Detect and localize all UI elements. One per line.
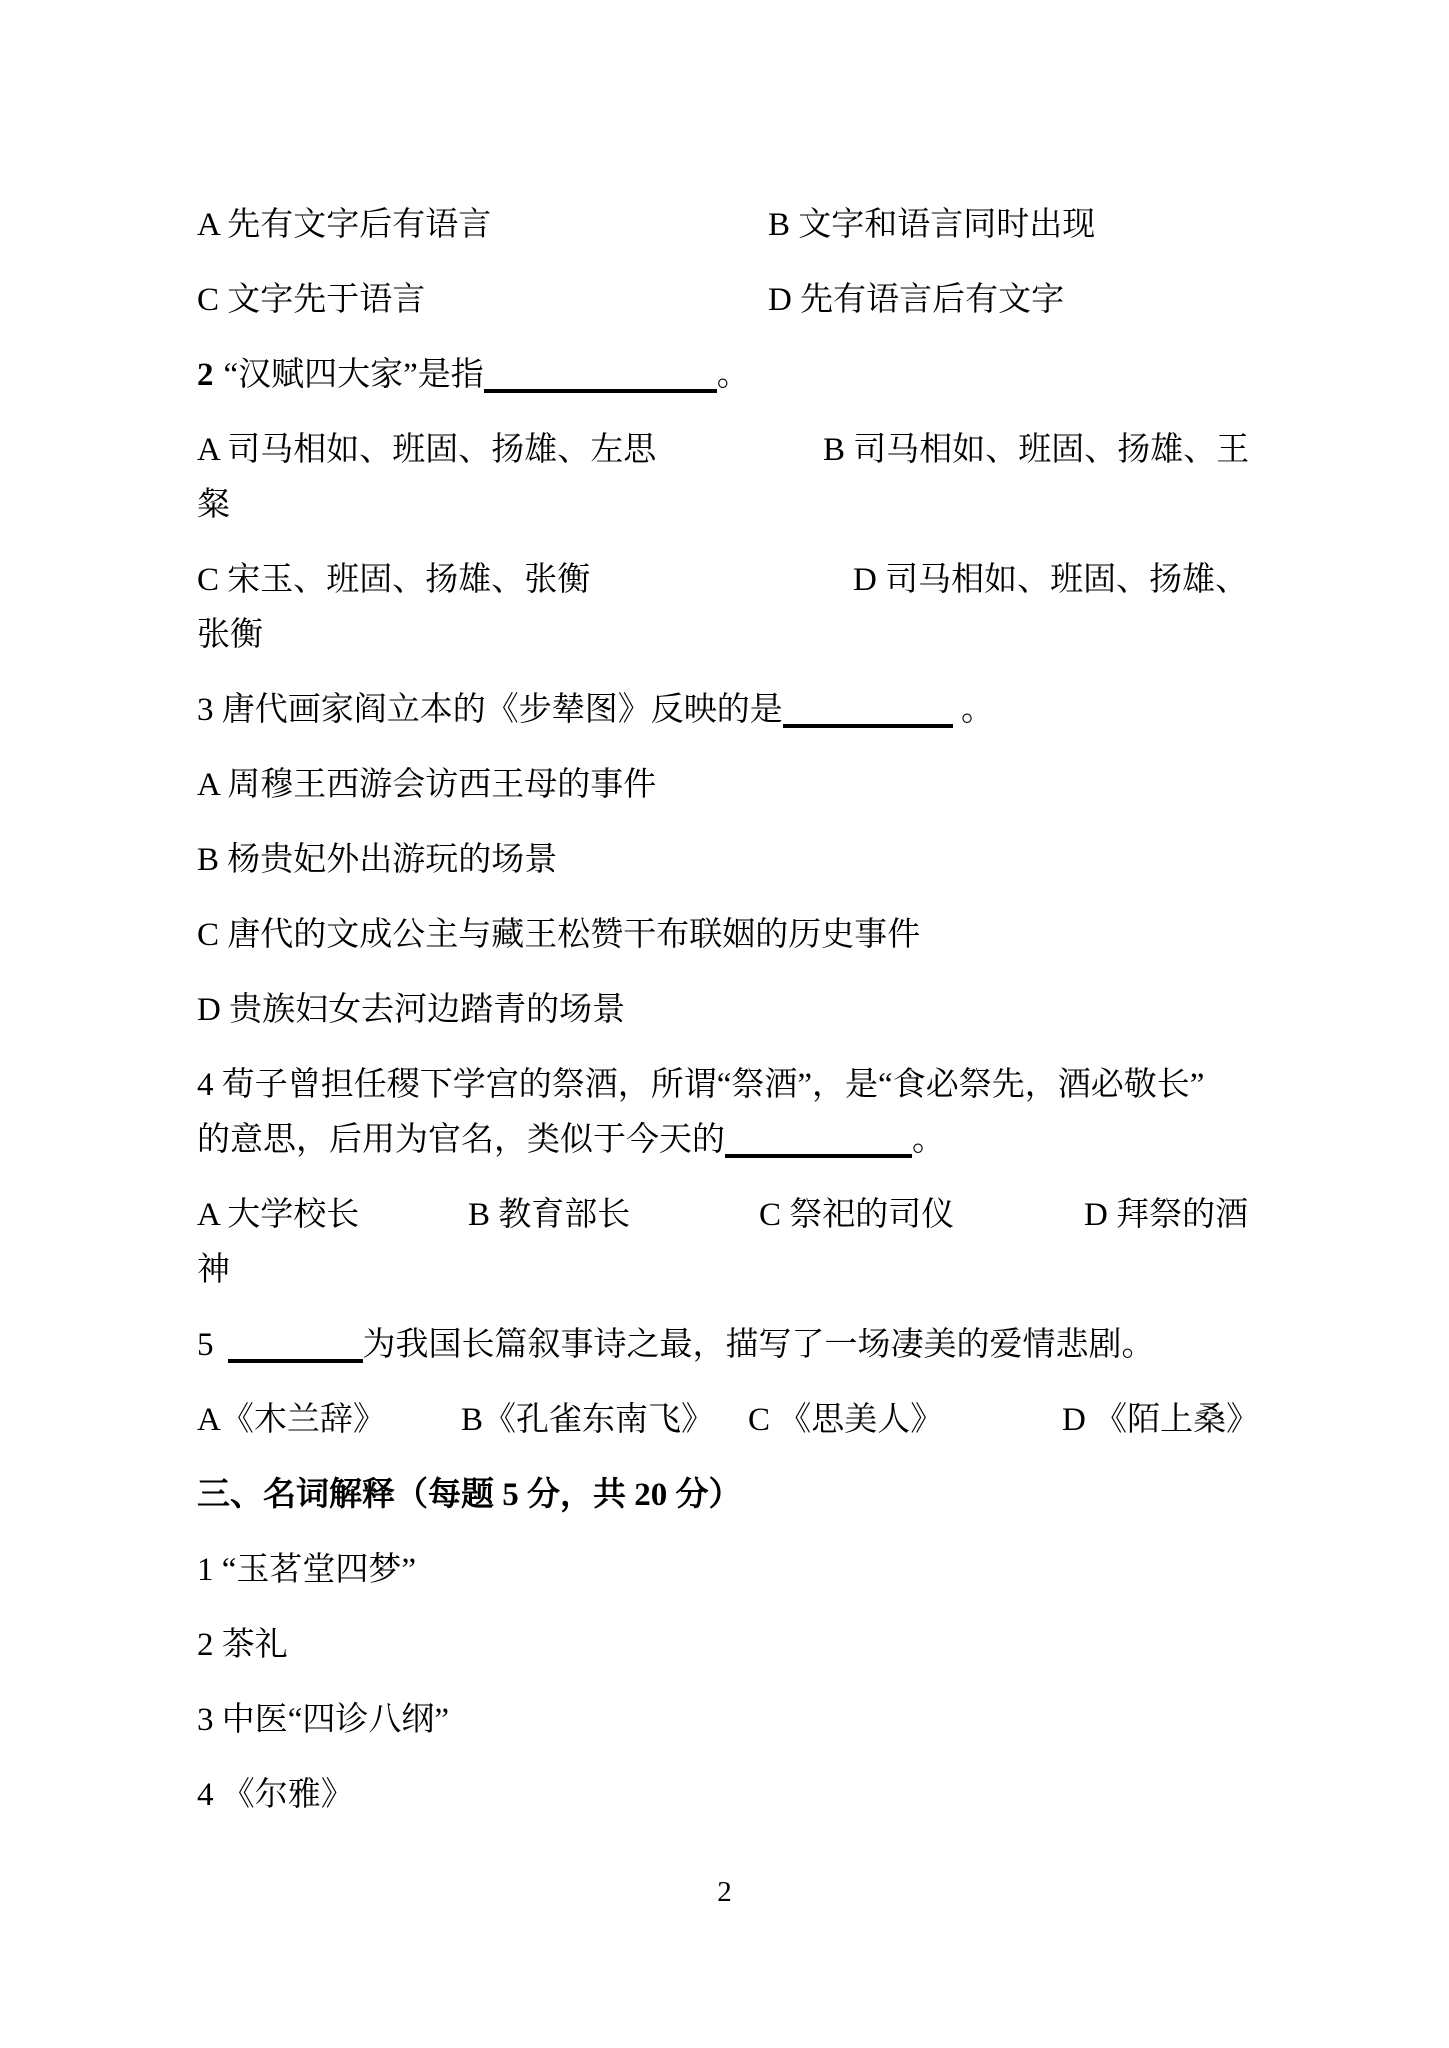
- q3-answer-blank: [783, 723, 953, 728]
- exam-paper-page: A 先有文字后有语言 B 文字和语言同时出现 C 文字先于语言 D 先有语言后有…: [0, 0, 1449, 2048]
- section3-item-3: 3 中医“四诊八纲”: [197, 1693, 1307, 1748]
- q5-answer-blank: [228, 1358, 363, 1363]
- q3-stem-text: 3 唐代画家阎立本的《步辇图》反映的是: [197, 692, 783, 728]
- q5-options-row: A《木兰辞》 B《孔雀东南飞》 C 《思美人》 D 《陌上桑》: [197, 1393, 1307, 1448]
- q4-stem-line2: 的意思，后用为官名，类似于今天的。: [197, 1113, 1307, 1168]
- q1-options-row-ab: A 先有文字后有语言 B 文字和语言同时出现: [197, 198, 1307, 253]
- q4-stem-line2-text: 的意思，后用为官名，类似于今天的: [197, 1122, 725, 1158]
- page-number: 2: [0, 1872, 1449, 1912]
- section3-heading: 三、名词解释（每题 5 分，共 20 分）: [197, 1468, 1307, 1523]
- q4-option-a: A 大学校长: [197, 1188, 359, 1243]
- q2-option-d: D 司马相如、班固、扬雄、: [853, 553, 1248, 608]
- q2-stem-period: 。: [717, 357, 750, 393]
- q3-stem: 3 唐代画家阎立本的《步辇图》反映的是 。: [197, 683, 1307, 738]
- q2-option-c: C 宋玉、班固、扬雄、张衡: [197, 553, 590, 608]
- q4-option-d: D 拜祭的酒: [1084, 1188, 1248, 1243]
- q4-stem-line1-text: 4 荀子曾担任稷下学宫的祭酒，所谓“祭酒”，是“食必祭先，酒必敬长”: [197, 1067, 1204, 1103]
- q2-option-d-wrap: 张衡: [197, 608, 1307, 663]
- q4-stem-line1: 4 荀子曾担任稷下学宫的祭酒，所谓“祭酒”，是“食必祭先，酒必敬长”: [197, 1058, 1307, 1113]
- q1-option-a: A 先有文字后有语言: [197, 198, 491, 253]
- q1-option-c: C 文字先于语言: [197, 273, 425, 328]
- q4-stem-period: 。: [912, 1122, 945, 1158]
- q5-number: 5: [197, 1327, 214, 1363]
- q2-stem-text: “汉赋四大家”是指: [224, 357, 484, 393]
- q2-option-b-wrap: 粲: [197, 478, 1307, 533]
- q4-option-b: B 教育部长: [468, 1188, 630, 1243]
- q5-option-d: D 《陌上桑》: [1062, 1393, 1259, 1448]
- q2-number: 2: [197, 357, 214, 393]
- q2-option-a: A 司马相如、班固、扬雄、左思: [197, 423, 656, 478]
- q1-option-d: D 先有语言后有文字: [768, 273, 1064, 328]
- q2-options-row-cd: C 宋玉、班固、扬雄、张衡 D 司马相如、班固、扬雄、: [197, 553, 1307, 608]
- q2-options-row-ab: A 司马相如、班固、扬雄、左思 B 司马相如、班固、扬雄、王: [197, 423, 1307, 478]
- q4-option-d-continuation: 神: [197, 1252, 230, 1288]
- q3-stem-period: 。: [953, 692, 994, 728]
- section3-item-1: 1 “玉茗堂四梦”: [197, 1543, 1307, 1598]
- q3-option-c: C 唐代的文成公主与藏王松赞干布联姻的历史事件: [197, 908, 1307, 963]
- q2-option-d-continuation: 张衡: [197, 617, 263, 653]
- q5-stem-text: 为我国长篇叙事诗之最，描写了一场凄美的爱情悲剧。: [363, 1327, 1155, 1363]
- q4-option-c: C 祭祀的司仪: [759, 1188, 954, 1243]
- q4-options-row: A 大学校长 B 教育部长 C 祭祀的司仪 D 拜祭的酒: [197, 1188, 1307, 1243]
- page-content: A 先有文字后有语言 B 文字和语言同时出现 C 文字先于语言 D 先有语言后有…: [197, 198, 1307, 1843]
- q5-option-c: C 《思美人》: [748, 1393, 943, 1448]
- q5-option-b: B《孔雀东南飞》: [461, 1393, 714, 1448]
- q2-stem: 2“汉赋四大家”是指。: [197, 348, 1307, 403]
- q3-option-b: B 杨贵妃外出游玩的场景: [197, 833, 1307, 888]
- q4-answer-blank: [725, 1153, 912, 1158]
- q2-option-b-continuation: 粲: [197, 487, 230, 523]
- section3-item-2: 2 茶礼: [197, 1618, 1307, 1673]
- section3-item-4: 4 《尔雅》: [197, 1768, 1307, 1823]
- q3-option-a: A 周穆王西游会访西王母的事件: [197, 758, 1307, 813]
- q1-option-b: B 文字和语言同时出现: [768, 198, 1095, 253]
- q1-options-row-cd: C 文字先于语言 D 先有语言后有文字: [197, 273, 1307, 328]
- q5-stem: 5为我国长篇叙事诗之最，描写了一场凄美的爱情悲剧。: [197, 1318, 1307, 1373]
- q2-option-b: B 司马相如、班固、扬雄、王: [823, 423, 1249, 478]
- q5-option-a: A《木兰辞》: [197, 1393, 386, 1448]
- q4-option-d-wrap: 神: [197, 1243, 1307, 1298]
- q2-answer-blank: [484, 388, 717, 393]
- q3-option-d: D 贵族妇女去河边踏青的场景: [197, 983, 1307, 1038]
